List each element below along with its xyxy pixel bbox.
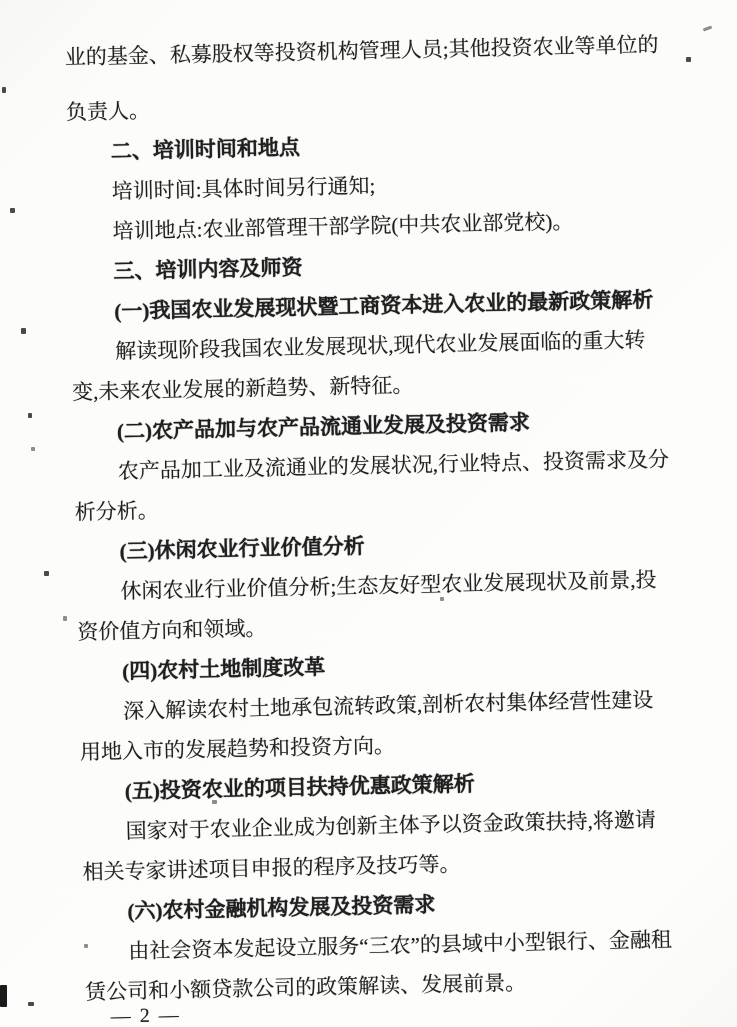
scan-speck bbox=[28, 413, 32, 418]
text-line: 业的基金、私募股权等投资机构管理人员;其他投资农业等单位的 bbox=[64, 24, 690, 78]
scan-speck bbox=[31, 447, 35, 451]
scan-speck bbox=[84, 944, 88, 948]
scan-speck bbox=[686, 57, 691, 62]
scan-speck bbox=[212, 800, 217, 804]
document-body: 业的基金、私募股权等投资机构管理人员;其他投资农业等单位的 负责人。 二、培训时… bbox=[64, 24, 710, 1027]
scan-edge-mark bbox=[0, 985, 7, 1007]
scan-speck bbox=[440, 597, 444, 601]
scanned-document-page: 业的基金、私募股权等投资机构管理人员;其他投资农业等单位的 负责人。 二、培训时… bbox=[0, 0, 737, 1027]
scan-speck bbox=[28, 1002, 34, 1006]
scan-speck bbox=[44, 571, 49, 576]
scan-speck bbox=[10, 208, 15, 213]
scan-speck bbox=[703, 26, 712, 32]
scan-speck bbox=[21, 328, 26, 334]
scan-speck bbox=[63, 616, 67, 621]
scan-speck bbox=[2, 87, 6, 93]
